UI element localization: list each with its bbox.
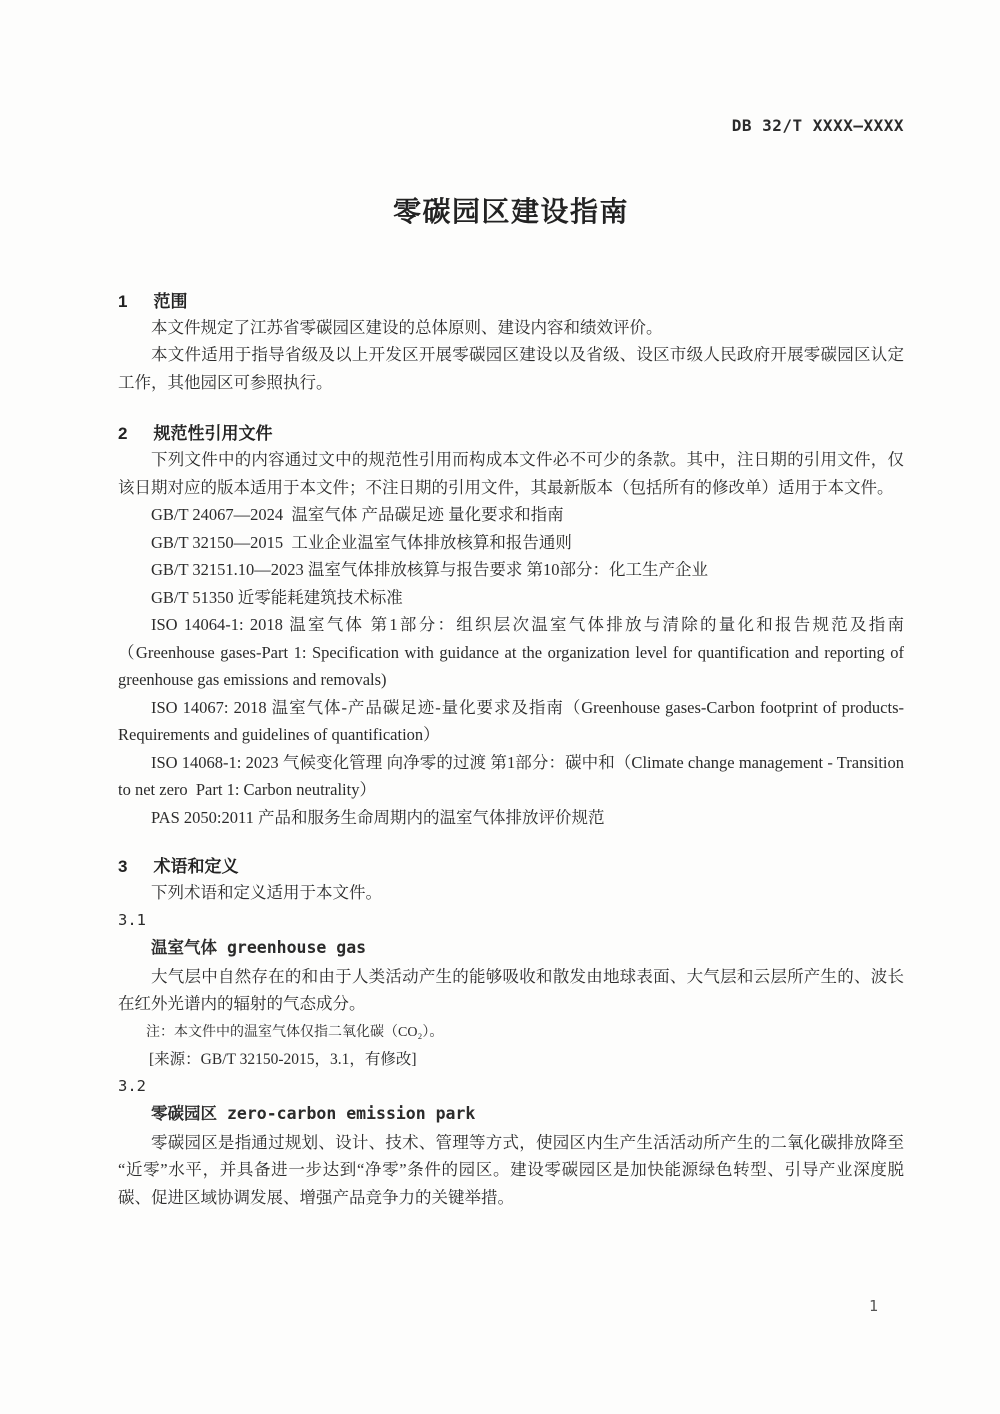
standard-code: DB 32/T XXXX—XXXX: [732, 116, 904, 135]
scope-paragraph-2: 本文件适用于指导省级及以上开发区开展零碳园区建设以及省级、设区市级人民政府开展零…: [118, 341, 904, 396]
term-zh: 零碳园区: [151, 1105, 217, 1123]
section-2-heading: 2规范性引用文件: [118, 422, 904, 446]
term-definition: 大气层中自然存在的和由于人类活动产生的能够吸收和散发由地球表面、大气层和云层所产…: [118, 963, 904, 1018]
section-number: 3: [118, 855, 127, 879]
section-title: 规范性引用文件: [153, 422, 272, 446]
reference-item: GB/T 51350 近零能耗建筑技术标准: [118, 584, 904, 612]
term-heading: 零碳园区zero-carbon emission park: [118, 1100, 904, 1129]
term-zh: 温室气体: [151, 939, 217, 957]
references-intro: 下列文件中的内容通过文中的规范性引用而构成本文件必不可少的条款。其中，注日期的引…: [118, 446, 904, 501]
section-title: 范围: [153, 290, 187, 314]
reference-item: ISO 14064-1: 2018 温室气体 第1部分：组织层次温室气体排放与清…: [118, 611, 904, 694]
document-header: DB 32/T XXXX—XXXX: [118, 0, 904, 140]
reference-item: GB/T 32150—2015 工业企业温室气体排放核算和报告通则: [118, 529, 904, 557]
section-terms-definitions: 3术语和定义 下列术语和定义适用于本文件。 3.1 温室气体greenhouse…: [118, 855, 904, 1211]
section-normative-references: 2规范性引用文件 下列文件中的内容通过文中的规范性引用而构成本文件必不可少的条款…: [118, 422, 904, 831]
reference-item: ISO 14067: 2018 温室气体-产品碳足迹-量化要求及指南（Green…: [118, 694, 904, 749]
term-definition: 零碳园区是指通过规划、设计、技术、管理等方式，使园区内生产生活活动所产生的二氧化…: [118, 1129, 904, 1212]
term-number: 3.2: [118, 1073, 904, 1101]
terms-intro: 下列术语和定义适用于本文件。: [118, 879, 904, 907]
term-entry-3-1: 3.1 温室气体greenhouse gas 大气层中自然存在的和由于人类活动产…: [118, 907, 904, 1073]
page-number: 1: [869, 1293, 878, 1321]
reference-item: PAS 2050:2011 产品和服务生命周期内的温室气体排放评价规范: [118, 804, 904, 832]
section-title: 术语和定义: [153, 855, 238, 879]
document-page: DB 32/T XXXX—XXXX 零碳园区建设指南 1范围 本文件规定了江苏省…: [0, 0, 1000, 1414]
reference-item: GB/T 32151.10—2023 温室气体排放核算与报告要求 第10部分：化…: [118, 556, 904, 584]
section-scope: 1范围 本文件规定了江苏省零碳园区建设的总体原则、建设内容和绩效评价。 本文件适…: [118, 290, 904, 397]
reference-item: ISO 14068-1: 2023 气候变化管理 向净零的过渡 第1部分：碳中和…: [118, 749, 904, 804]
term-number: 3.1: [118, 907, 904, 935]
section-number: 2: [118, 422, 127, 446]
term-note: 注：本文件中的温室气体仅指二氧化碳（CO₂）。: [118, 1020, 904, 1046]
term-source: [来源：GB/T 32150-2015，3.1，有修改]: [118, 1046, 904, 1073]
document-title: 零碳园区建设指南: [118, 192, 904, 232]
term-heading: 温室气体greenhouse gas: [118, 934, 904, 963]
section-number: 1: [118, 290, 127, 314]
section-3-heading: 3术语和定义: [118, 855, 904, 879]
reference-item: GB/T 24067—2024 温室气体 产品碳足迹 量化要求和指南: [118, 501, 904, 529]
term-en: greenhouse gas: [227, 938, 366, 957]
term-entry-3-2: 3.2 零碳园区zero-carbon emission park 零碳园区是指…: [118, 1073, 904, 1212]
scope-paragraph-1: 本文件规定了江苏省零碳园区建设的总体原则、建设内容和绩效评价。: [118, 314, 904, 342]
section-1-heading: 1范围: [118, 290, 904, 314]
term-en: zero-carbon emission park: [227, 1104, 475, 1123]
